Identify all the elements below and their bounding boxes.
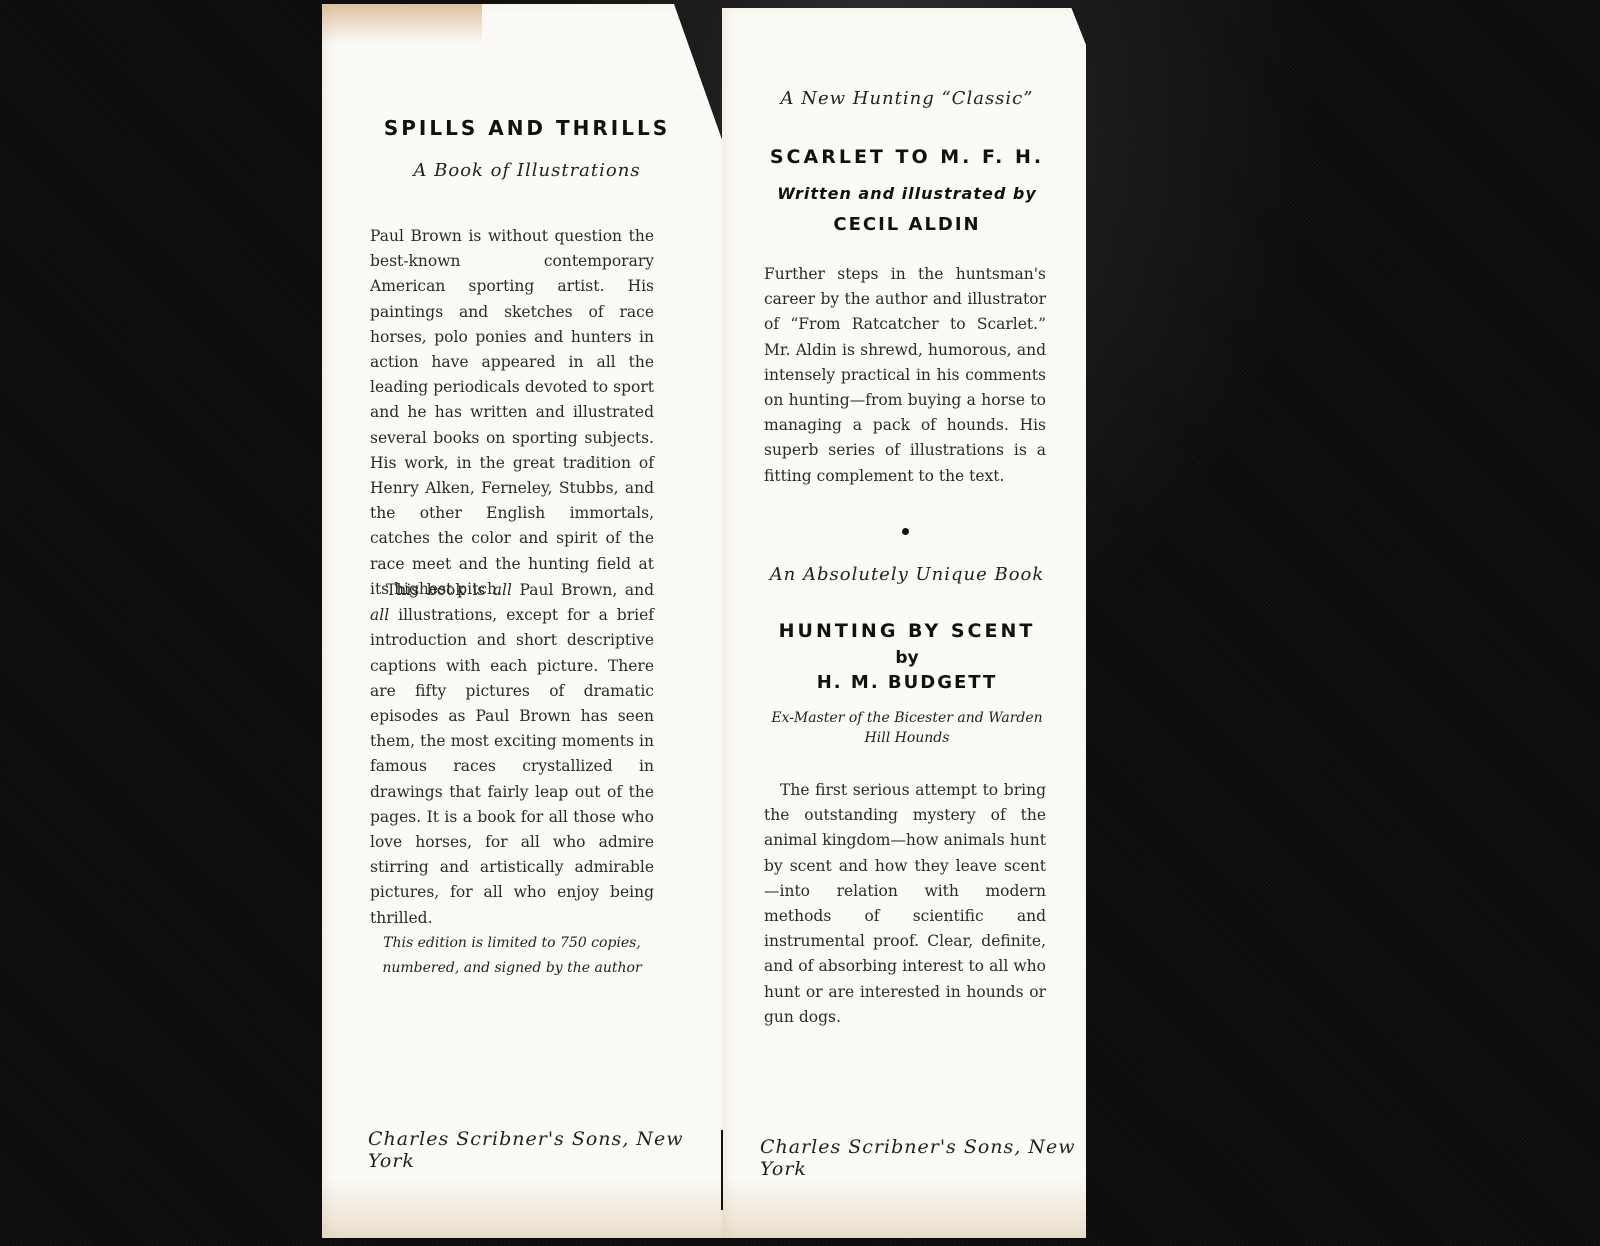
- emphasis: all: [493, 581, 512, 599]
- description-paragraph: Paul Brown is without question the best-…: [370, 224, 654, 602]
- book1-author: CECIL ALDIN: [742, 214, 1072, 235]
- book2-description: The first serious attempt to bring the o…: [764, 778, 1046, 1030]
- description-paragraph-2: This book is all Paul Brown, and all ill…: [370, 578, 654, 931]
- book2-credential: Ex-Master of the Bicester and Warden Hil…: [762, 708, 1052, 748]
- text-run: This book is: [386, 581, 493, 599]
- flap-gap-shadow: [721, 1130, 723, 1210]
- publisher-imprint: Charles Scribner's Sons, New York: [742, 1136, 1100, 1180]
- right-jacket-flap: A New Hunting “Classic” SCARLET TO M. F.…: [722, 8, 1086, 1238]
- left-jacket-flap: SPILLS AND THRILLS A Book of Illustratio…: [322, 4, 722, 1238]
- foxing-stain: [322, 1178, 722, 1238]
- bullet-separator: [902, 528, 909, 535]
- book-subtitle: A Book of Illustrations: [342, 160, 712, 181]
- book1-byline: Written and illustrated by: [742, 184, 1072, 203]
- edition-note: This edition is limited to 750 copies, n…: [362, 931, 662, 981]
- foxing-stain: [722, 1178, 1086, 1238]
- emphasis: all: [370, 606, 389, 624]
- book-title: SPILLS AND THRILLS: [342, 116, 712, 140]
- book1-title: SCARLET TO M. F. H.: [742, 146, 1072, 168]
- book1-description: Further steps in the huntsman's career b…: [764, 262, 1046, 489]
- book2-by: by: [742, 648, 1072, 668]
- book2-author: H. M. BUDGETT: [742, 672, 1072, 693]
- text-run: Paul Brown, and: [512, 581, 654, 599]
- book2-tagline: An Absolutely Unique Book: [742, 564, 1072, 585]
- book2-title: HUNTING BY SCENT: [742, 620, 1072, 642]
- text-run: illustrations, except for a brief introd…: [370, 606, 654, 926]
- publisher-imprint: Charles Scribner's Sons, New York: [342, 1128, 728, 1172]
- foxing-stain: [322, 4, 482, 44]
- book1-tagline: A New Hunting “Classic”: [742, 88, 1072, 109]
